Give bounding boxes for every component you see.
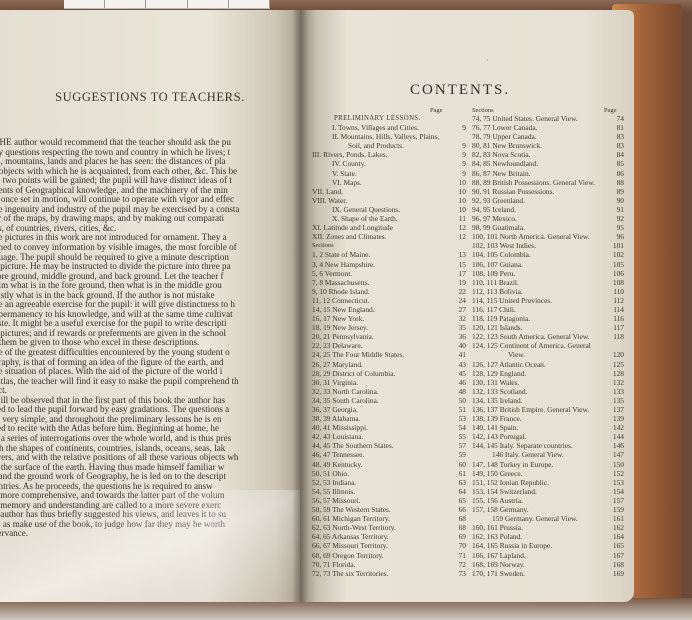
- contents-page-number: 83: [600, 132, 624, 141]
- contents-entry: 72, 73 The six Territories.: [312, 569, 462, 578]
- contents-page-number: 24: [448, 296, 466, 305]
- contents-page-number: 27: [448, 305, 466, 314]
- contents-entry: II. Mountains, Hills, Valleys, Plains,: [312, 132, 462, 141]
- contents-page-number: 51: [448, 405, 466, 414]
- contents-page-number: 112: [600, 296, 624, 305]
- contents-entry: 64, 65 Arkansas Territory.: [312, 532, 462, 541]
- contents-page-number: 68: [448, 514, 466, 523]
- suggestions-body-text: THE author would recommend that the teac…: [0, 138, 294, 539]
- contents-page-number: 69: [448, 532, 466, 541]
- contents-page-number: 144: [600, 432, 624, 441]
- contents-entry: 70, 71 Florida.: [312, 560, 462, 569]
- contents-entry: IV. County.: [312, 159, 462, 168]
- contents-entry: 56, 57 Missouri.: [312, 496, 462, 505]
- contents-page-number: 116: [600, 314, 624, 323]
- contents-page-number: 55: [448, 432, 466, 441]
- contents-page-number: 164: [600, 532, 624, 541]
- contents-page-number: 32: [448, 314, 466, 323]
- contents-page-number: 117: [600, 323, 624, 332]
- light-glare: [0, 490, 300, 602]
- contents-page-number: 118: [600, 332, 624, 341]
- contents-page-number: 105: [600, 260, 624, 269]
- contents-page-number: 165: [600, 541, 624, 550]
- contents-page-number: 108: [600, 278, 624, 287]
- contents-page-number: [448, 132, 466, 141]
- contents-page-number: 89: [600, 187, 624, 196]
- contents-entry: 18, 19 New Jersey.: [312, 323, 462, 332]
- contents-entry: 40, 41 Mississippi.: [312, 423, 462, 432]
- contents-entry: 42, 43 Louisiana.: [312, 432, 462, 441]
- contents-page-number: 41: [448, 350, 466, 359]
- right-page: · CONTENTS. Page Sections Page PRELIMINA…: [300, 10, 634, 602]
- contents-page-number: 83: [600, 141, 624, 150]
- contents-entry: XII. Zones and Climates.: [312, 232, 462, 241]
- contents-page-number: 128: [600, 369, 624, 378]
- contents-page-number: 153: [600, 478, 624, 487]
- contents-page-number: 64: [448, 487, 466, 496]
- catalog-label-strip: [64, 0, 270, 9]
- contents-page-number: 139: [600, 414, 624, 423]
- contents-entry: V. State.: [312, 169, 462, 178]
- contents-entry: 54, 55 Illinois.: [312, 487, 462, 496]
- contents-left-column: PRELIMINARY LESSONS.I. Towns, Villages a…: [312, 114, 462, 578]
- contents-page-number: 60: [448, 460, 466, 469]
- contents-entry: 58, 59 The Western States.: [312, 505, 462, 514]
- contents-page-number: 12: [448, 232, 466, 241]
- contents-entry: 50, 51 Ohio.: [312, 469, 462, 478]
- contents-page-number: 70: [448, 541, 466, 550]
- contents-page-number: 9: [448, 123, 466, 132]
- contents-page-number: 125: [600, 360, 624, 369]
- contents-page-number: 92: [600, 214, 624, 223]
- contents-page-number: 53: [448, 414, 466, 423]
- contents-entry: Soil, and Products.: [312, 141, 462, 150]
- contents-page-number: 50: [448, 396, 466, 405]
- contents-page-number: 162: [600, 523, 624, 532]
- contents-page-number: 157: [600, 496, 624, 505]
- contents-page-number: 10: [448, 178, 466, 187]
- contents-page-number: 137: [600, 405, 624, 414]
- contents-page-number: 102: [600, 250, 624, 259]
- contents-entry: XI. Latitude and Longitude: [312, 223, 462, 232]
- contents-page-number: 9: [448, 169, 466, 178]
- contents-entry: VIII. Water.: [312, 196, 462, 205]
- contents-entry: 32, 33 North Carolina.: [312, 387, 462, 396]
- contents-entry: 30, 31 Virginia.: [312, 378, 462, 387]
- contents-entry: PRELIMINARY LESSONS.: [312, 114, 462, 123]
- contents-page-number: 73: [448, 569, 466, 578]
- contents-page-number: 88: [600, 178, 624, 187]
- text-line: Atlas, the teacher will find it easy to …: [0, 377, 294, 387]
- contents-page-number: 9: [448, 141, 466, 150]
- contents-entry: 48, 49 Kentucky.: [312, 460, 462, 469]
- contents-page-number: 35: [448, 323, 466, 332]
- contents-entry: X. Shape of the Earth.: [312, 214, 462, 223]
- contents-page-number: 169: [600, 569, 624, 578]
- contents-page-number: 91: [600, 205, 624, 214]
- left-page: SUGGESTIONS TO TEACHERS. THE author woul…: [0, 10, 300, 602]
- contents-entry: 44, 45 The Southern States.: [312, 441, 462, 450]
- contents-page-number: 106: [600, 269, 624, 278]
- contents-entry: 68, 69 Oregon Territory.: [312, 551, 462, 560]
- contents-page-number: 9: [448, 150, 466, 159]
- contents-page-number: 54: [448, 423, 466, 432]
- contents-entry: 3, 4 New Hampshire.: [312, 260, 462, 269]
- contents-page-number: 135: [600, 396, 624, 405]
- contents-page-number: 81: [600, 123, 624, 132]
- contents-page-number: 17: [448, 269, 466, 278]
- contents-page-number: [448, 114, 466, 123]
- contents-page-number: 45: [448, 369, 466, 378]
- contents-page-number: 142: [600, 423, 624, 432]
- contents-page-number: 11: [448, 214, 466, 223]
- contents-entry: I. Towns, Villages and Cities.: [312, 123, 462, 132]
- contents-page-number: 110: [600, 287, 624, 296]
- contents-entry: 11, 12 Connecticut.: [312, 296, 462, 305]
- contents-entry: VII. Land.: [312, 187, 462, 196]
- contents-page-number: 66: [448, 505, 466, 514]
- contents-page-number: 36: [448, 332, 466, 341]
- contents-page-number: 68: [448, 523, 466, 532]
- contents-page-number: 114: [600, 305, 624, 314]
- contents-page-number: 96: [600, 232, 624, 241]
- contents-page-number: 15: [448, 260, 466, 269]
- contents-entry: 38, 39 Alabama.: [312, 414, 462, 423]
- contents-page-number: 150: [600, 460, 624, 469]
- page-speck: ·: [486, 56, 489, 65]
- contents-page-number: 167: [600, 551, 624, 560]
- contents-entry: 28, 29 District of Columbia.: [312, 369, 462, 378]
- contents-entry: 20, 21 Pennsylvania.: [312, 332, 462, 341]
- contents-page-number: 86: [600, 169, 624, 178]
- contents-entry: 16, 17 New York.: [312, 314, 462, 323]
- contents-page-number: 152: [600, 469, 624, 478]
- contents-page-number: 65: [448, 496, 466, 505]
- contents-page-number: 161: [600, 514, 624, 523]
- contents-page-number: 9: [448, 159, 466, 168]
- contents-entry: Sections: [312, 241, 462, 250]
- contents-entry: 5, 6 Vermont.: [312, 269, 462, 278]
- contents-page-number: 10: [448, 205, 466, 214]
- contents-entry: 22, 23 Delaware.: [312, 341, 462, 350]
- contents-page-number: 95: [600, 223, 624, 232]
- contents-page-number: 71: [448, 551, 466, 560]
- contents-page-number: 22: [448, 287, 466, 296]
- contents-page-number: 74: [600, 114, 624, 123]
- contents-entry: 46, 47 Tennessee.: [312, 450, 462, 459]
- contents-page-number: 147: [600, 450, 624, 459]
- contents-page-number: 12: [448, 223, 466, 232]
- contents-page-number: 84: [600, 150, 624, 159]
- contents-page-number: 46: [448, 378, 466, 387]
- contents-page-number: 57: [448, 441, 466, 450]
- contents-page-number: 154: [600, 487, 624, 496]
- contents-page-number: 159: [600, 505, 624, 514]
- contents-entry: 14, 15 New England.: [312, 305, 462, 314]
- contents-page-number: 63: [448, 478, 466, 487]
- contents-entry: III. Rivers, Ponds, Lakes.: [312, 150, 462, 159]
- contents-entry: 7, 8 Massachusetts.: [312, 278, 462, 287]
- contents-entry: 60, 61 Michigan Territory.: [312, 514, 462, 523]
- contents-page-number: 146: [600, 441, 624, 450]
- contents-entry: 34, 35 South Carolina.: [312, 396, 462, 405]
- contents-heading: CONTENTS.: [410, 82, 510, 99]
- contents-page-number: 59: [448, 450, 466, 459]
- contents-entry: 26, 27 Maryland.: [312, 360, 462, 369]
- contents-page-number: 90: [600, 196, 624, 205]
- contents-page-number: 133: [600, 387, 624, 396]
- contents-page-number: 48: [448, 387, 466, 396]
- contents-page-number: 10: [448, 196, 466, 205]
- contents-page-number: 13: [448, 250, 466, 259]
- book-gutter: [292, 10, 308, 602]
- contents-page-number: [600, 341, 624, 350]
- contents-page-number: [448, 241, 466, 250]
- contents-left-page-numbers: 9999910101010111212131517192224273235364…: [448, 114, 466, 578]
- contents-page-number: 72: [448, 560, 466, 569]
- contents-entry: IX. General Questions.: [312, 205, 462, 214]
- contents-page-number: 40: [448, 341, 466, 350]
- contents-entry: VI. Maps.: [312, 178, 462, 187]
- contents-page-number: 101: [600, 241, 624, 250]
- contents-entry: 1, 2 State of Maine.: [312, 250, 462, 259]
- contents-entry: 24, 25 The Four Middle States.: [312, 350, 462, 359]
- contents-page-number: 168: [600, 560, 624, 569]
- contents-entry: 9, 10 Rhode Island.: [312, 287, 462, 296]
- contents-right-page-numbers: 7481838384858688899091929596101102105106…: [600, 114, 624, 578]
- contents-page-number: 120: [600, 350, 624, 359]
- contents-page-number: 10: [448, 187, 466, 196]
- contents-page-number: 43: [448, 360, 466, 369]
- contents-page-number: 19: [448, 278, 466, 287]
- contents-entry: 52, 53 Indiana.: [312, 478, 462, 487]
- contents-entry: 36, 37 Georgia.: [312, 405, 462, 414]
- contents-page-number: 61: [448, 469, 466, 478]
- page-heading: SUGGESTIONS TO TEACHERS.: [0, 90, 300, 105]
- contents-page-number: 85: [600, 159, 624, 168]
- contents-entry: 66, 67 Missouri Territory.: [312, 541, 462, 550]
- contents-page-number: 132: [600, 378, 624, 387]
- contents-entry: 62, 63 North-West Territory.: [312, 523, 462, 532]
